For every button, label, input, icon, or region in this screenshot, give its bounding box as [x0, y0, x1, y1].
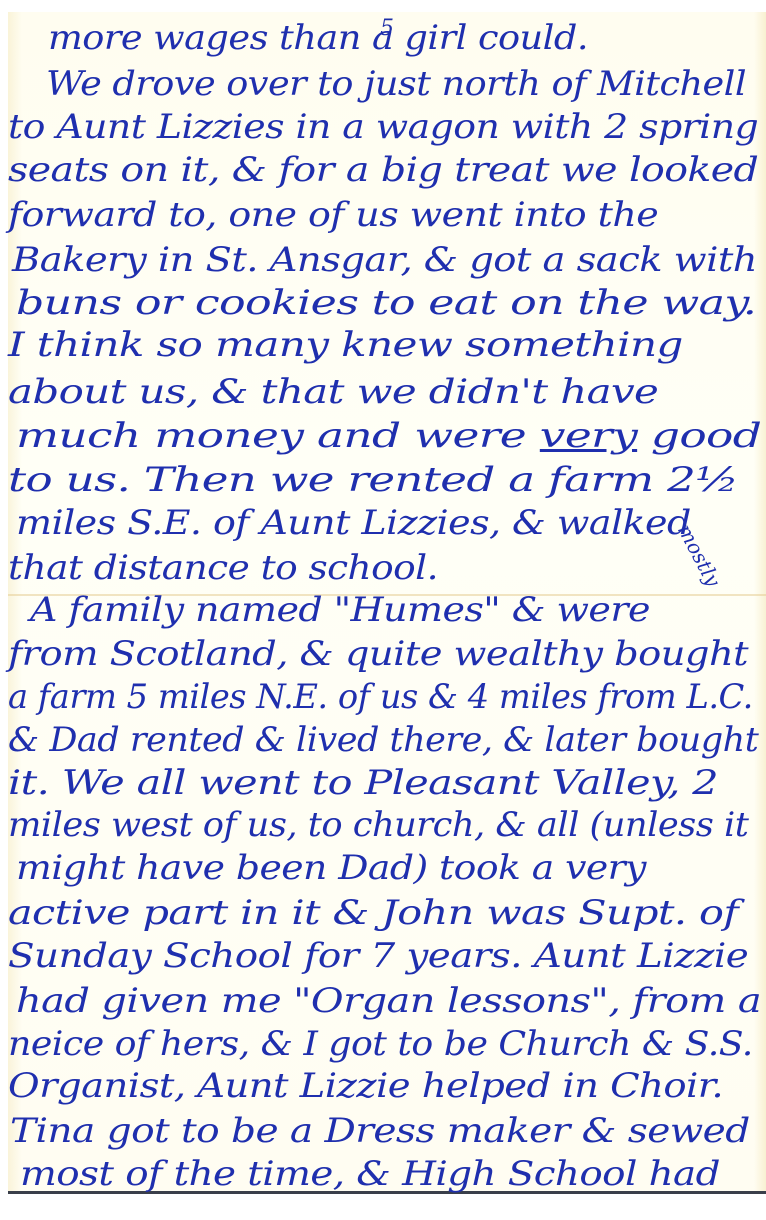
- handwritten-line: Organist, Aunt Lizzie helped in Choir.: [8, 1066, 723, 1106]
- line-text: more wages than a girl could.: [48, 18, 588, 58]
- handwritten-line: miles west of us, to church, & all (unle…: [8, 805, 748, 845]
- handwritten-line: about us, & that we didn't have: [8, 372, 658, 412]
- line-text: seats on it, & for a big treat we looked: [8, 150, 758, 190]
- handwritten-line: seats on it, & for a big treat we looked: [8, 150, 758, 190]
- handwritten-line: most of the time, & High School had: [20, 1154, 720, 1194]
- line-text: active part in it & John was Supt. of: [8, 893, 738, 933]
- handwritten-line: more wages than a girl could.: [48, 18, 588, 58]
- line-text: buns or cookies to eat on the way.: [16, 283, 756, 323]
- marginal-note: mostly: [673, 520, 726, 590]
- handwritten-line: active part in it & John was Supt. of: [8, 893, 738, 933]
- line-text: Bakery in St. Ansgar, & got a sack with: [12, 240, 757, 280]
- line-text: that distance to school.: [8, 548, 438, 588]
- line-text: had given me "Organ lessons", from a: [16, 981, 761, 1021]
- line-text: Organist, Aunt Lizzie helped in Choir.: [8, 1066, 723, 1106]
- handwritten-line: A family named "Humes" & were: [30, 590, 650, 630]
- line-text: We drove over to just north of Mitchell: [46, 64, 746, 104]
- handwritten-line: it. We all went to Pleasant Valley, 2: [8, 763, 718, 803]
- line-text: I think so many knew something: [8, 325, 683, 365]
- line-text: it. We all went to Pleasant Valley, 2: [8, 763, 718, 803]
- line-text: to Aunt Lizzies in a wagon with 2 spring: [8, 107, 758, 147]
- handwritten-line: had given me "Organ lessons", from a: [16, 981, 761, 1021]
- handwritten-line: I think so many knew something: [8, 325, 683, 365]
- line-text: about us, & that we didn't have: [8, 372, 658, 412]
- handwritten-line: that distance to school.: [8, 548, 438, 588]
- handwritten-line: to Aunt Lizzies in a wagon with 2 spring: [8, 107, 758, 147]
- line-text: a farm 5 miles N.E. of us & 4 miles from…: [8, 677, 753, 717]
- line-text: to us. Then we rented a farm 2½: [8, 460, 738, 500]
- line-text: neice of hers, & I got to be Church & S.…: [8, 1024, 753, 1064]
- handwritten-line: & Dad rented & lived there, & later boug…: [8, 720, 758, 760]
- line-text: miles west of us, to church, & all (unle…: [8, 805, 748, 845]
- handwritten-line: Bakery in St. Ansgar, & got a sack with: [12, 240, 757, 280]
- underlined-word: very: [540, 416, 637, 456]
- handwritten-line: from Scotland, & quite wealthy bought: [8, 634, 748, 674]
- handwritten-line: a farm 5 miles N.E. of us & 4 miles from…: [8, 677, 753, 717]
- line-text: Tina got to be a Dress maker & sewed: [10, 1111, 750, 1151]
- line-text: & Dad rented & lived there, & later boug…: [8, 720, 758, 760]
- handwritten-line: much money and were very good: [16, 416, 761, 456]
- handwritten-line: miles S.E. of Aunt Lizzies, & walked: [16, 503, 691, 543]
- line-text: might have been Dad) took a very: [16, 848, 646, 888]
- line-text: A family named "Humes" & were: [30, 590, 650, 630]
- line-text: Sunday School for 7 years. Aunt Lizzie: [8, 936, 748, 976]
- line-text: good: [637, 416, 761, 456]
- handwritten-line: neice of hers, & I got to be Church & S.…: [8, 1024, 753, 1064]
- line-text: most of the time, & High School had: [20, 1154, 720, 1194]
- handwritten-line: We drove over to just north of Mitchell: [46, 64, 746, 104]
- line-text: forward to, one of us went into the: [8, 195, 658, 235]
- handwritten-line: Sunday School for 7 years. Aunt Lizzie: [8, 936, 748, 976]
- handwritten-line: to us. Then we rented a farm 2½: [8, 460, 738, 500]
- handwritten-line: might have been Dad) took a very: [16, 848, 646, 888]
- handwritten-line: Tina got to be a Dress maker & sewed: [10, 1111, 750, 1151]
- letter-page: 5 more wages than a girl could. We drove…: [8, 12, 766, 1194]
- line-text: from Scotland, & quite wealthy bought: [8, 634, 748, 674]
- line-text: much money and were: [16, 416, 540, 456]
- handwritten-line: buns or cookies to eat on the way.: [16, 283, 756, 323]
- line-text: miles S.E. of Aunt Lizzies, & walked: [16, 503, 691, 543]
- handwritten-line: forward to, one of us went into the: [8, 195, 658, 235]
